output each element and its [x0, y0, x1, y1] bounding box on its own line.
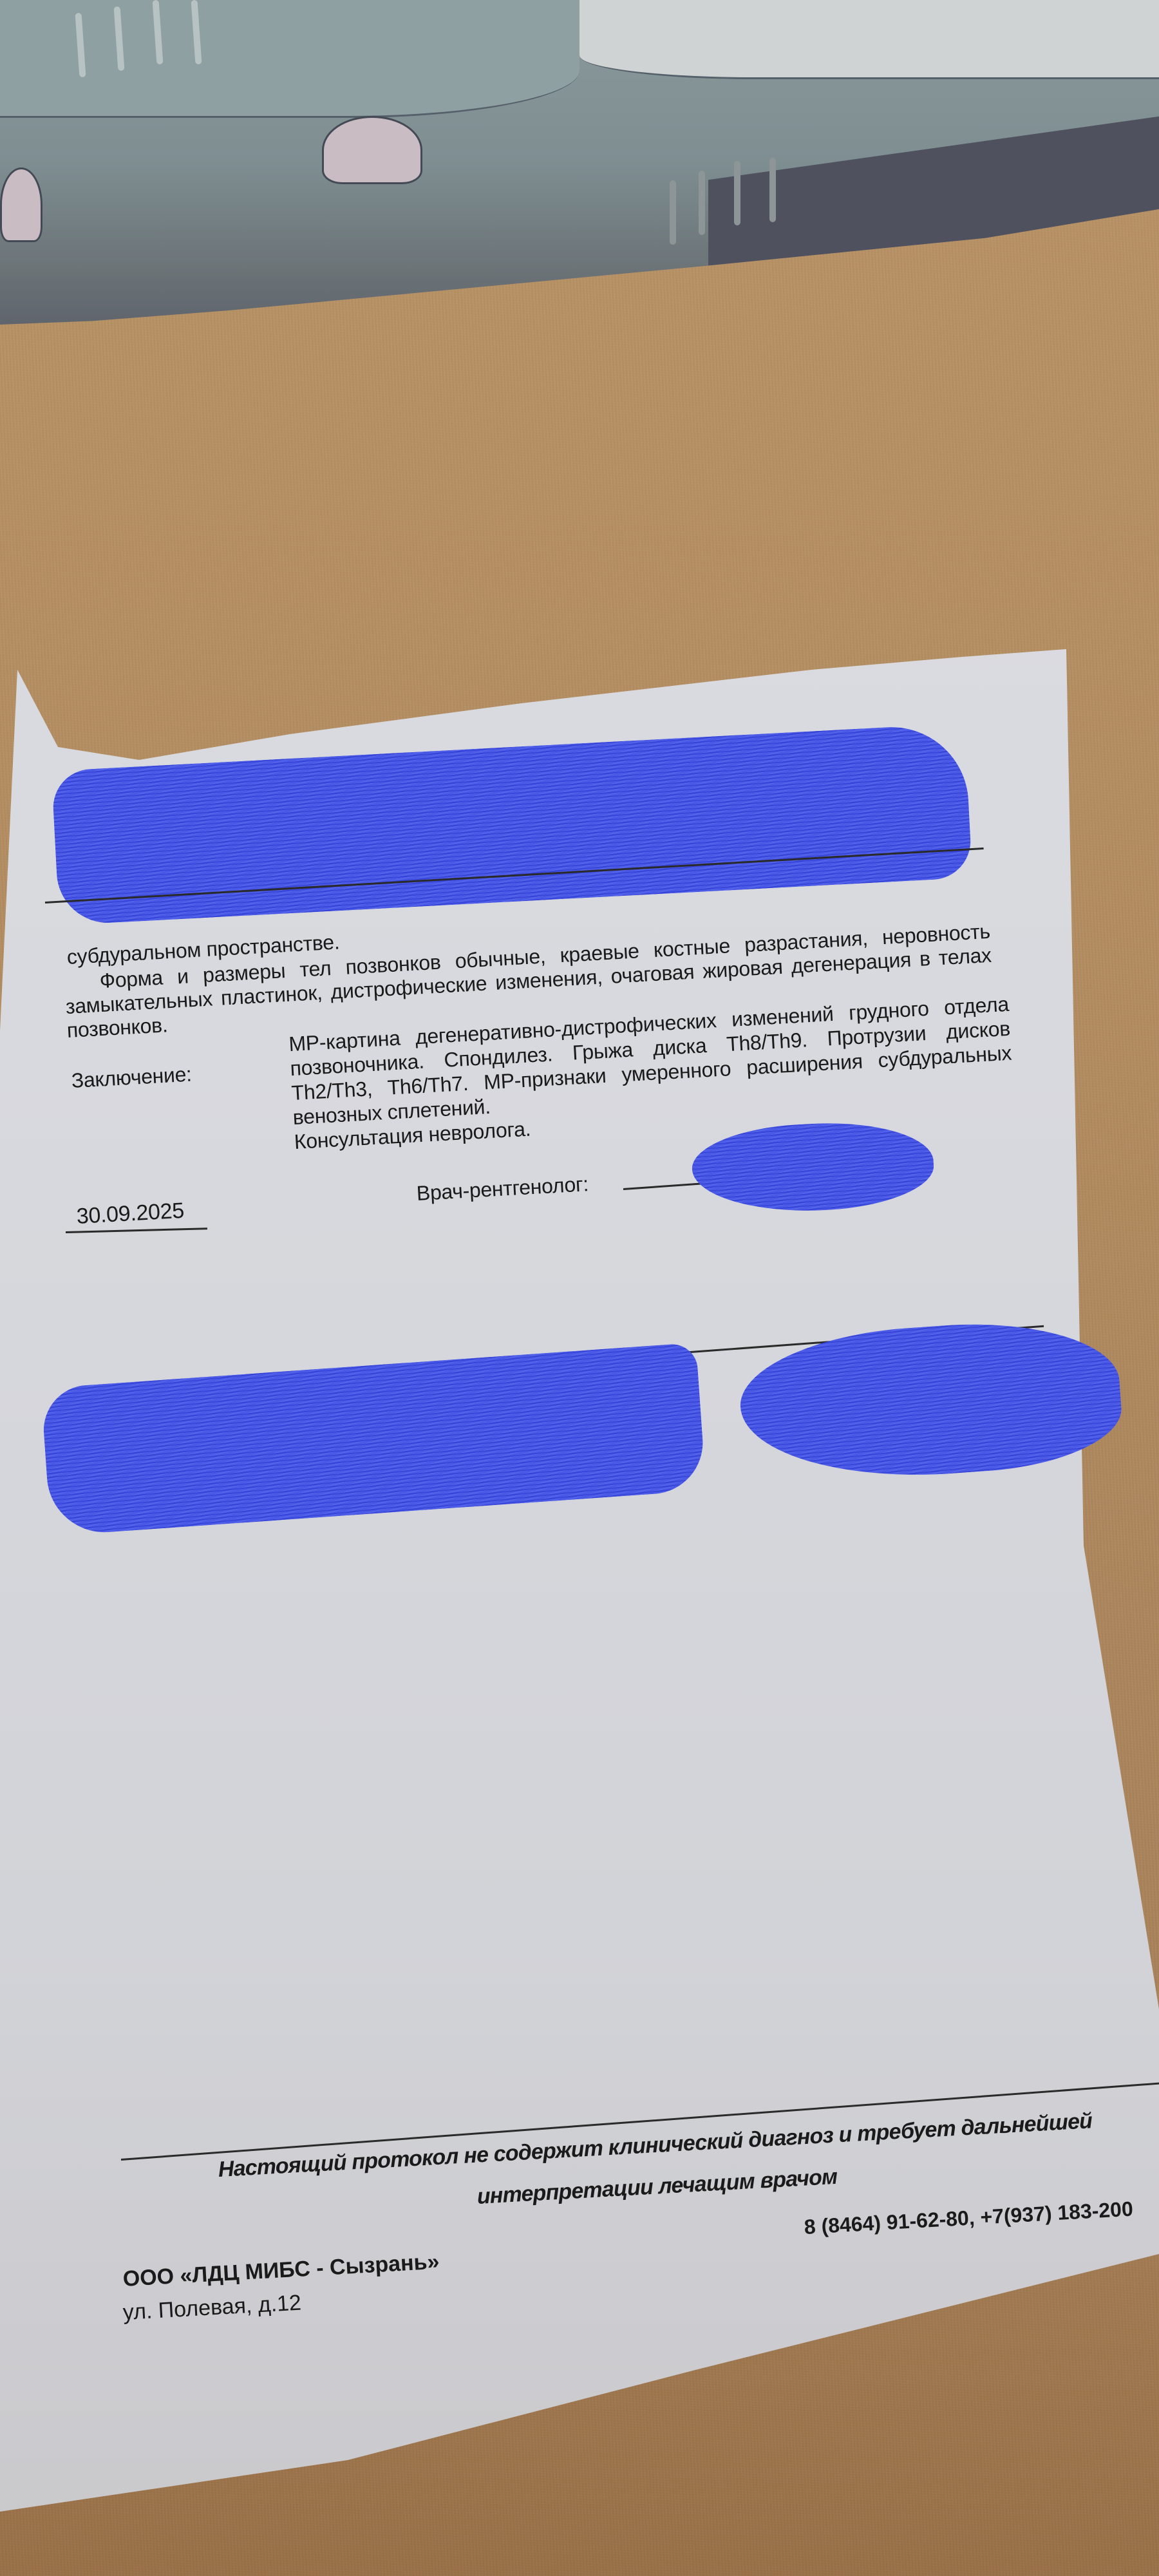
blanket-pattern — [699, 171, 705, 235]
blanket-fold — [0, 0, 579, 118]
blanket-pattern — [769, 158, 776, 222]
blanket-pattern — [322, 116, 422, 184]
blanket-fold — [579, 0, 1159, 79]
blanket-pattern — [670, 180, 676, 245]
blanket-pattern — [0, 167, 42, 242]
blanket-pattern — [734, 161, 740, 225]
